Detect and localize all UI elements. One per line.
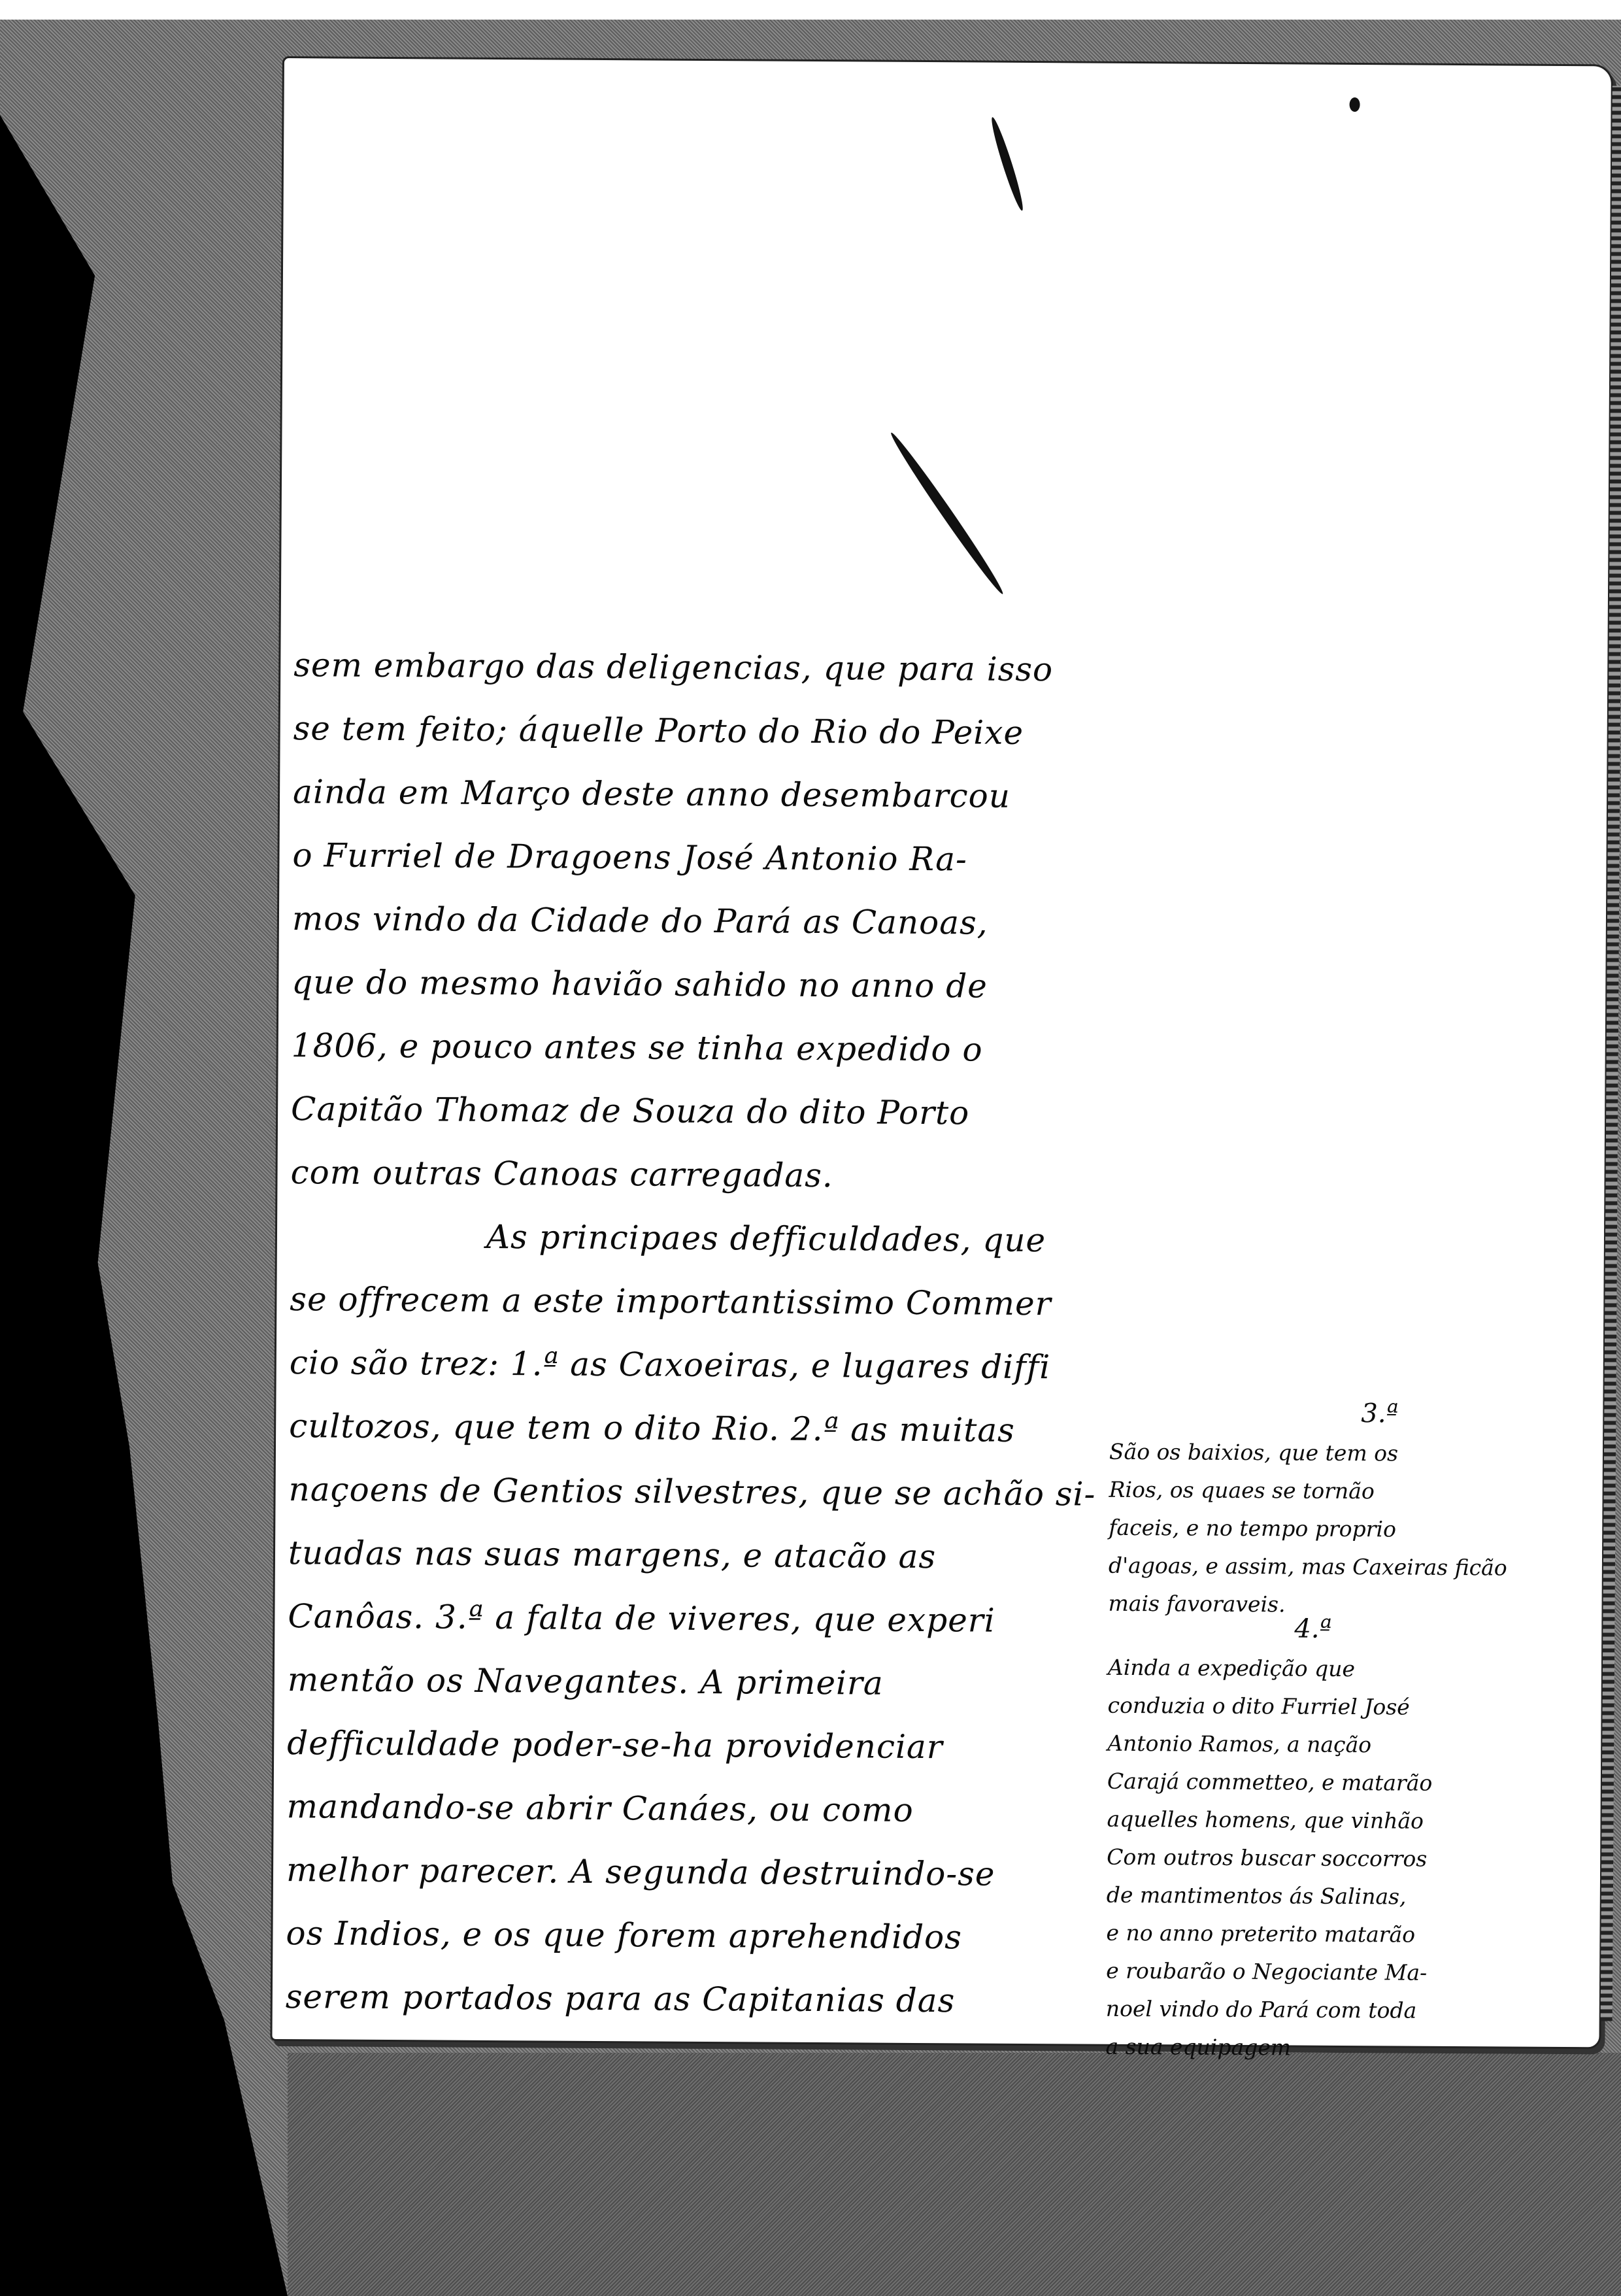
text-line: 1806, e pouco antes se tinha expedido o bbox=[291, 1014, 1187, 1083]
margin-note-heading: 3.ª bbox=[1361, 1398, 1398, 1428]
text-line: que do mesmo havião sahido no anno de bbox=[292, 951, 1188, 1019]
text-line: com outras Canoas carregadas. bbox=[290, 1141, 1186, 1209]
margin-note-heading: 4.ª bbox=[1294, 1614, 1331, 1644]
margin-line: d'agoas, e assim, mas Caxeiras ficão bbox=[1109, 1547, 1579, 1587]
text-line: o Furriel de Dragoens José Antonio Ra- bbox=[292, 824, 1188, 892]
margin-line: e roubarão o Negociante Ma- bbox=[1106, 1952, 1577, 1993]
margin-notes-column: São os baixios, que tem os Rios, os quae… bbox=[1105, 1433, 1580, 2095]
text-line: se offrecem a este importantissimo Comme… bbox=[290, 1268, 1186, 1336]
margin-line: de mantimentos ás Salinas, bbox=[1107, 1876, 1577, 1917]
text-line: tuadas nas suas margens, e atacão as bbox=[288, 1521, 1184, 1590]
margin-line: e no anno preterito matarão bbox=[1106, 1914, 1577, 1955]
ink-stroke-mark bbox=[887, 430, 1007, 597]
margin-note-4: Ainda a expedição que conduzia o dito Fu… bbox=[1105, 1649, 1579, 2068]
margin-line: aquelles homens, que vinhão bbox=[1107, 1800, 1577, 1841]
margin-line: Antonio Ramos, a nação bbox=[1107, 1725, 1578, 1765]
text-line: Canôas. 3.ª a falta de viveres, que expe… bbox=[288, 1585, 1184, 1653]
text-line: cultozos, que tem o dito Rio. 2.ª as mui… bbox=[289, 1394, 1185, 1463]
margin-line: São os baixios, que tem os bbox=[1109, 1433, 1580, 1474]
margin-line: Ainda a expedição que bbox=[1108, 1649, 1579, 1689]
text-line: mentão os Navegantes. A primeira bbox=[288, 1648, 1184, 1717]
ink-stroke-mark bbox=[988, 116, 1027, 212]
text-line: sem embargo das deligencias, que para is… bbox=[293, 633, 1190, 702]
margin-line: conduzia o dito Furriel José bbox=[1107, 1687, 1578, 1727]
text-line: mos vindo da Cidade do Pará as Canoas, bbox=[292, 887, 1188, 956]
text-line: serem portados para as Capitanias das bbox=[286, 1965, 1182, 2034]
text-line: os Indios, e os que forem aprehendidos bbox=[286, 1902, 1182, 1970]
margin-line: a sua equipagem bbox=[1105, 2028, 1576, 2068]
text-line: melhor parecer. A segunda destruindo-se bbox=[286, 1838, 1182, 1907]
margin-line: Rios, os quaes se tornão bbox=[1109, 1471, 1579, 1511]
paragraph-start-line: As principaes defficuldades, que bbox=[290, 1204, 1186, 1273]
ink-blot bbox=[1350, 97, 1360, 112]
margin-note-3: São os baixios, que tem os Rios, os quae… bbox=[1108, 1433, 1580, 1625]
text-line: ainda em Março deste anno desembarcou bbox=[293, 760, 1189, 829]
text-line: se tem feito; áquelle Porto do Rio do Pe… bbox=[293, 697, 1189, 766]
text-line: Capitão Thomaz de Souza do dito Porto bbox=[291, 1077, 1187, 1146]
margin-line: mais favoraveis. bbox=[1108, 1585, 1579, 1625]
manuscript-page: sem embargo das deligencias, que para is… bbox=[270, 56, 1613, 2049]
text-line: cio são trez: 1.ª as Caxoeiras, e lugare… bbox=[289, 1331, 1185, 1400]
margin-line: Carajá commetteo, e matarão bbox=[1107, 1763, 1578, 1803]
main-text-column: sem embargo das deligencias, que para is… bbox=[286, 633, 1190, 2034]
text-line: defficuldade poder-se-ha providenciar bbox=[287, 1712, 1183, 1780]
text-line: mandando-se abrir Canáes, ou como bbox=[286, 1775, 1182, 1844]
margin-line: faceis, e no tempo proprio bbox=[1109, 1509, 1579, 1549]
margin-line: Com outros buscar soccorros bbox=[1107, 1838, 1577, 1879]
text-line: naçoens de Gentios silvestres, que se ac… bbox=[288, 1458, 1184, 1527]
scan-top-margin bbox=[0, 0, 1621, 20]
margin-line: noel vindo do Pará com toda bbox=[1106, 1990, 1577, 2031]
